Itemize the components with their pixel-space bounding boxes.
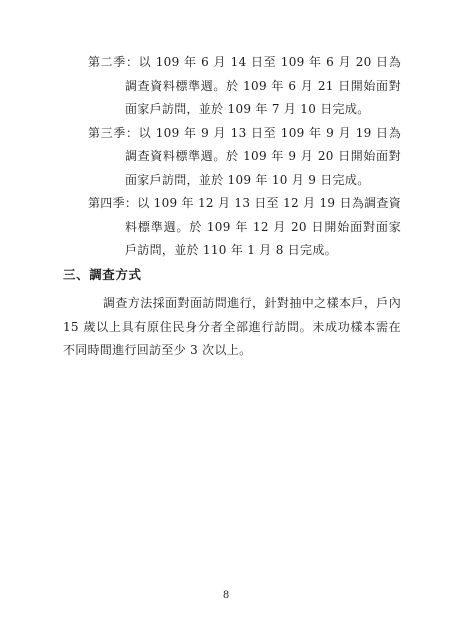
page-number: 8 bbox=[0, 590, 452, 601]
paragraph-quarter-3-label: 第三季： bbox=[88, 126, 139, 140]
paragraph-quarter-3: 第三季：以 109 年 9 月 13 日至 109 年 9 月 19 日為調查資… bbox=[88, 122, 401, 193]
body-paragraph: 調查方法採面對面訪問進行，針對抽中之樣本戶，戶內 15 歲以上具有原住民身分者全… bbox=[63, 292, 401, 363]
section-heading: 三、調查方式 bbox=[63, 263, 142, 287]
quarter-paragraph-list: 第二季：以 109 年 6 月 14 日至 109 年 6 月 20 日為調查資… bbox=[88, 51, 401, 263]
paragraph-quarter-4-text: 以 109 年 12 月 13 日至 12 月 19 日為調查資料標準週。於 1… bbox=[125, 196, 401, 257]
paragraph-quarter-4-label: 第四季： bbox=[88, 196, 137, 210]
paragraph-quarter-2: 第二季：以 109 年 6 月 14 日至 109 年 6 月 20 日為調查資… bbox=[88, 51, 401, 122]
paragraph-quarter-3-text: 以 109 年 9 月 13 日至 109 年 9 月 19 日為調查資料標準週… bbox=[125, 126, 401, 187]
document-page: 第二季：以 109 年 6 月 14 日至 109 年 6 月 20 日為調查資… bbox=[0, 0, 452, 640]
paragraph-quarter-4: 第四季：以 109 年 12 月 13 日至 12 月 19 日為調查資料標準週… bbox=[88, 192, 401, 263]
paragraph-quarter-2-text: 以 109 年 6 月 14 日至 109 年 6 月 20 日為調查資料標準週… bbox=[125, 55, 401, 116]
paragraph-quarter-2-label: 第二季： bbox=[88, 55, 139, 69]
